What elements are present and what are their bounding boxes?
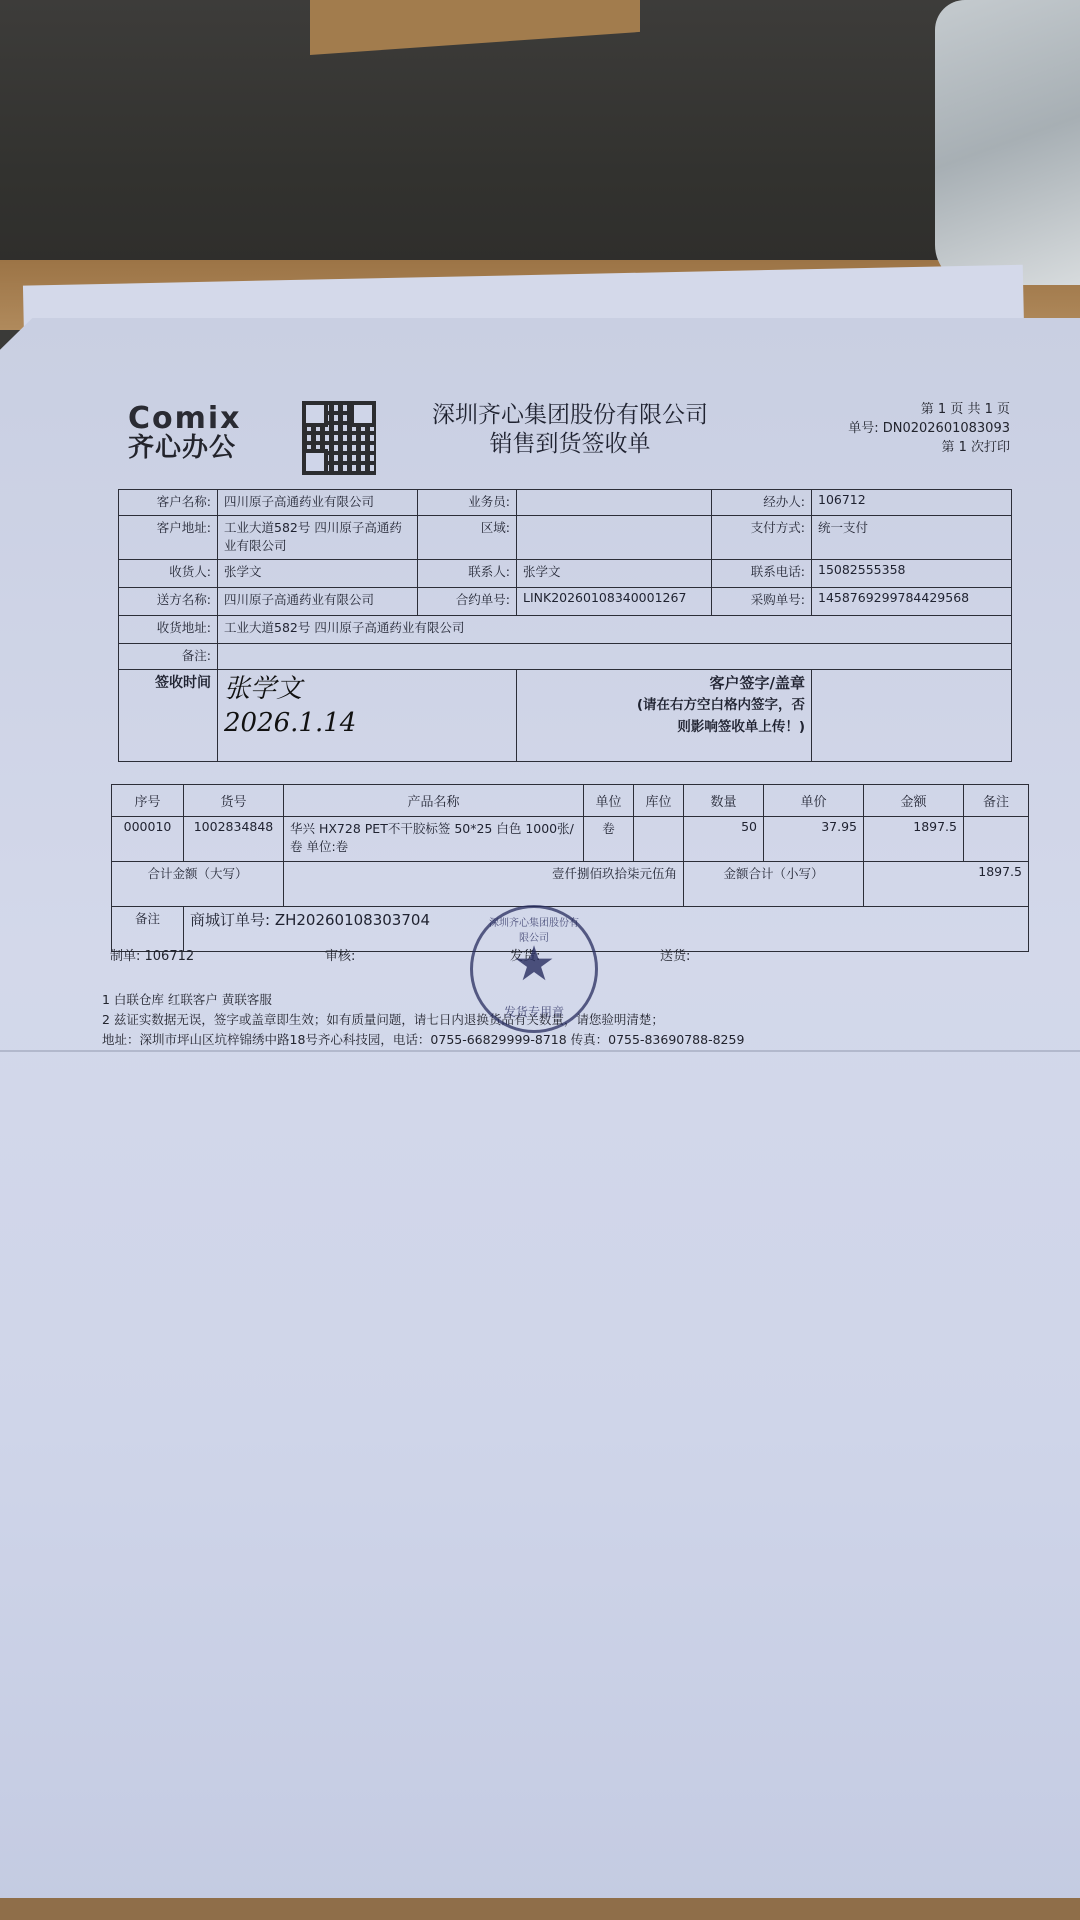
column-header: 库位	[634, 785, 684, 817]
region	[517, 516, 712, 560]
plastic-wrap	[935, 0, 1080, 285]
cell-qty: 50	[684, 817, 764, 862]
sign-time-label: 签收时间	[119, 670, 218, 762]
cell-unit: 卷	[584, 817, 634, 862]
note-copies: 1 白联仓库 红联客户 黄联客服	[102, 990, 744, 1010]
remark-label: 备注:	[119, 644, 218, 670]
footer-notes: 1 白联仓库 红联客户 黄联客服 2 兹证实数据无误，签字或盖章即生效；如有质量…	[102, 990, 744, 1050]
purchase-label: 采购单号:	[712, 588, 812, 616]
total-lower-label: 金额合计（小写）	[684, 862, 864, 907]
column-header: 序号	[112, 785, 184, 817]
cell-amount: 1897.5	[864, 817, 964, 862]
handwritten-signature: 张学文 2026.1.14	[218, 670, 517, 762]
payment-method: 统一支付	[812, 516, 1012, 560]
customer-info-table: 客户名称: 四川原子高通药业有限公司 业务员: 经办人: 106712 客户地址…	[118, 489, 1012, 762]
company-address: 地址：深圳市坪山区坑梓锦绣中路18号齐心科技园，电话：0755-66829999…	[102, 1030, 744, 1050]
receiver-label: 收货人:	[119, 560, 218, 588]
stamp-bottom-text: 发货专用章	[485, 1003, 583, 1020]
customer-name-label: 客户名称:	[119, 490, 218, 516]
logo-english: Comix	[128, 404, 242, 434]
total-upper-label: 合计金额（大写）	[112, 862, 284, 907]
column-header: 产品名称	[284, 785, 584, 817]
receiver: 张学文	[218, 560, 418, 588]
handwritten-date: 2026.1.14	[224, 706, 510, 740]
phone-label: 联系电话:	[712, 560, 812, 588]
column-header: 备注	[964, 785, 1029, 817]
handwritten-name: 张学文	[224, 672, 510, 706]
column-header: 单价	[764, 785, 864, 817]
maker: 制单: 106712	[110, 945, 194, 964]
ship-to: 四川原子高通药业有限公司	[218, 588, 418, 616]
logo-chinese: 齐心办公	[128, 434, 242, 462]
column-header: 单位	[584, 785, 634, 817]
delivery-address-label: 收货地址:	[119, 616, 218, 644]
cell-name: 华兴 HX728 PET不干胶标签 50*25 白色 1000张/卷 单位:卷	[284, 817, 584, 862]
bottom-edge	[0, 1898, 1080, 1920]
title-block: 深圳齐心集团股份有限公司 销售到货签收单	[420, 400, 720, 458]
customer-sign-box	[812, 670, 1012, 762]
customer-address: 工业大道582号 四川原子高通药业有限公司	[218, 516, 418, 560]
print-count: 第 1 次打印	[848, 438, 1010, 457]
purchase-number: 1458769299784429568	[812, 588, 1012, 616]
note-terms: 2 兹证实数据无误，签字或盖章即生效；如有质量问题，请七日内退换货品有关数量，请…	[102, 1010, 744, 1030]
cell-sku: 1002834848	[184, 817, 284, 862]
document-meta: 第 1 页 共 1 页 单号: DN0202601083093 第 1 次打印	[848, 400, 1010, 457]
customer-sign-note-1: (请在右方空白格内签字，否	[523, 694, 805, 716]
contract-label: 合约单号:	[418, 588, 517, 616]
customer-name: 四川原子高通药业有限公司	[218, 490, 418, 516]
deliverer: 送货:	[660, 945, 690, 964]
contract-number: LINK20260108340001267	[517, 588, 712, 616]
company-name: 深圳齐心集团股份有限公司	[420, 400, 720, 430]
total-lower: 1897.5	[864, 862, 1029, 907]
salesperson	[517, 490, 712, 516]
column-header: 金额	[864, 785, 964, 817]
star-icon: ★	[473, 936, 595, 992]
background-surface	[0, 0, 1080, 290]
phone: 15082555358	[812, 560, 1012, 588]
column-header: 数量	[684, 785, 764, 817]
total-upper: 壹仟捌佰玖拾柒元伍角	[284, 862, 684, 907]
items-header-row: 序号货号产品名称单位库位数量单价金额备注	[112, 785, 1029, 817]
delivery-address: 工业大道582号 四川原子高通药业有限公司	[218, 616, 1012, 644]
qr-code-icon	[302, 401, 376, 475]
document-number: 单号: DN0202601083093	[848, 419, 1010, 438]
paper-fold-line	[0, 1050, 1080, 1052]
remark	[218, 644, 1012, 670]
payment-label: 支付方式:	[712, 516, 812, 560]
region-label: 区域:	[418, 516, 517, 560]
customer-sign-note-2: 则影响签收单上传！)	[523, 716, 805, 738]
cell-location	[634, 817, 684, 862]
company-logo: Comix 齐心办公	[128, 404, 242, 462]
customer-address-label: 客户地址:	[119, 516, 218, 560]
cell-remark	[964, 817, 1029, 862]
cell-price: 37.95	[764, 817, 864, 862]
customer-sign-instructions: 客户签字/盖章 (请在右方空白格内签字，否 则影响签收单上传！)	[517, 670, 812, 762]
document-title: 销售到货签收单	[420, 430, 720, 458]
column-header: 货号	[184, 785, 284, 817]
handler-label: 经办人:	[712, 490, 812, 516]
reviewer: 审核:	[325, 945, 355, 964]
contact-label: 联系人:	[418, 560, 517, 588]
company-stamp: 深圳齐心集团股份有限公司 ★ 发货专用章	[470, 905, 598, 1033]
customer-sign-title: 客户签字/盖章	[523, 672, 805, 694]
table-row: 0000101002834848华兴 HX728 PET不干胶标签 50*25 …	[112, 817, 1029, 862]
handler: 106712	[812, 490, 1012, 516]
page-info: 第 1 页 共 1 页	[848, 400, 1010, 419]
contact: 张学文	[517, 560, 712, 588]
items-remark: 商城订单号: ZH20260108303704	[184, 907, 1029, 952]
salesperson-label: 业务员:	[418, 490, 517, 516]
ship-to-label: 送方名称:	[119, 588, 218, 616]
cell-seq: 000010	[112, 817, 184, 862]
